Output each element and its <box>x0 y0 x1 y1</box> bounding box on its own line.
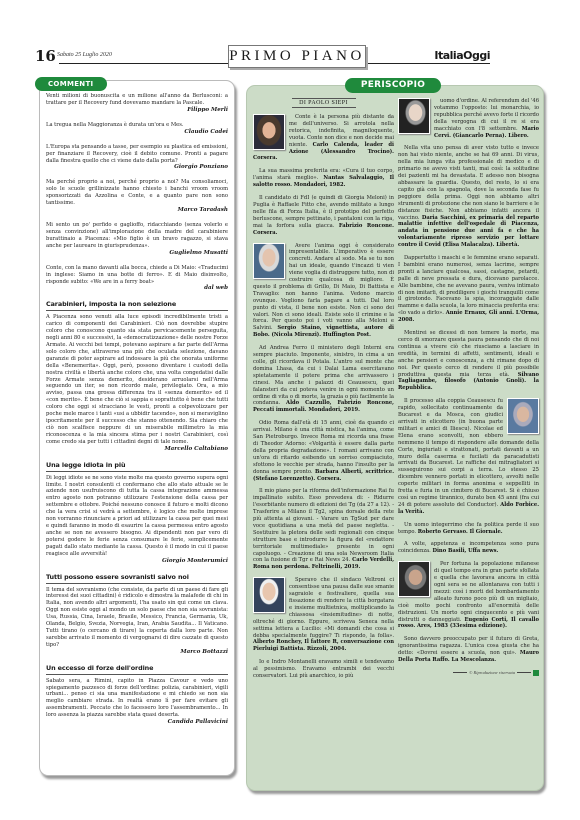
periscopio-box: DI PAOLO SIEPI Conte è la persona più di… <box>246 85 544 791</box>
section-title: PRIMO PIANO <box>228 45 366 68</box>
byline: DI PAOLO SIEPI <box>292 98 356 108</box>
portrait-photo <box>253 243 285 279</box>
quote: Speravo che il sindaco Veltroni ci conse… <box>253 577 394 653</box>
quote: Il processo alla coppia Ceausescu fu rap… <box>398 398 539 515</box>
comment-text: L'Europa sta pensando a tasse, per esemp… <box>46 144 228 165</box>
comment-author: Filippo Merli <box>46 107 228 114</box>
copyright-text: © Riproduzione riservata <box>469 670 515 675</box>
quote: Dappertutto i maschi e le femmine erano … <box>398 255 539 324</box>
letter-author: Marcello Caltabiano <box>46 446 228 453</box>
quote: Mentirei se dicessi di non temere la mor… <box>398 330 539 392</box>
quote-text: Ad Andrea Ferro il ministero degli Inter… <box>253 345 394 406</box>
quote: La sua massima preferita era: «Cura il t… <box>253 168 394 189</box>
periscopio-right-column: uomo d'ordine. Al referendum del '46 vot… <box>398 98 539 676</box>
comment-text: Mi sento un po' perfido e gaglioffo, rid… <box>46 222 228 250</box>
letter-author: Marco Bottazzi <box>46 649 228 656</box>
portrait-photo <box>253 577 285 613</box>
quote-text: Io e Indro Montanelli eravamo simili e t… <box>253 659 394 679</box>
quote-source: Alberto Ronchey, Il fattore R, conversaz… <box>253 639 394 652</box>
letter-text: Di leggi idiote se ne sono viste molte m… <box>46 475 228 558</box>
portrait-photo <box>253 114 285 150</box>
brand-logo: ItaliaOggi <box>431 49 490 62</box>
periscopio-left-column: DI PAOLO SIEPI Conte è la persona più di… <box>253 98 394 686</box>
quote: Sono davvero preoccupato per il futuro d… <box>398 636 539 664</box>
letter-title: Carabinieri, imposta la non selezione <box>46 300 228 311</box>
comment-text: La tregua nella Maggioranza è durata un'… <box>46 122 228 129</box>
quote: Odio Roma dall'età di 15 anni, cioè da q… <box>253 420 394 482</box>
quote: A volte, appetenza e incompetenza sono p… <box>398 541 539 555</box>
quote-text: Sono davvero preoccupato per il futuro d… <box>398 636 539 656</box>
quote: Avere l'anima oggi è considerato imprese… <box>253 243 394 340</box>
quote-source: Dino Basili, Uffa news. <box>432 548 498 554</box>
letter-author: Giorgio Monterumici <box>46 558 228 565</box>
letter-title: Un eccesso di forze dell'ordine <box>46 664 228 675</box>
portrait-photo <box>398 98 430 134</box>
quote-text: Odio Roma dall'età di 15 anni, cioè da q… <box>253 420 394 474</box>
page-header: 16 Sabato 25 Luglio 2020 PRIMO PIANO Ita… <box>35 48 490 68</box>
comment-author: Giorgio Ponziano <box>46 164 228 171</box>
end-square-icon <box>533 670 539 676</box>
commenti-label: COMMENTI <box>35 77 107 91</box>
letter-title: Tutti possono essere sovranisti salvo no… <box>46 573 228 584</box>
commenti-content: Venti milioni di buonuscita e un milione… <box>46 93 228 734</box>
comment-text: Conte, con la mano davanti alla bocca, c… <box>46 265 228 286</box>
comment-text: Ma perché proprio a noi, perché proprio … <box>46 179 228 207</box>
comment-author: Claudio Cadei <box>46 129 228 136</box>
quote-text: Mentirei se dicessi di non temere la mor… <box>398 330 539 377</box>
copyright-notice: © Riproduzione riservata <box>398 670 539 676</box>
comment-author: dal web <box>46 285 228 292</box>
quote: uomo d'ordine. Al referendum del '46 vot… <box>398 98 539 139</box>
page-number: 16 <box>35 48 59 64</box>
comment-text: Venti milioni di buonuscita e un milione… <box>46 93 228 107</box>
copyright-rule <box>453 672 467 673</box>
quote-text: Dappertutto i maschi e le femmine erano … <box>398 255 539 316</box>
portrait-photo <box>507 398 539 434</box>
commenti-box: Venti milioni di buonuscita e un milione… <box>39 80 235 776</box>
periscopio-label: PERISCOPIO <box>345 78 441 93</box>
comment-author: Guglielmo Musatti <box>46 250 228 257</box>
letter-title: Una legge idiota in più <box>46 461 228 472</box>
letter-text: Sabato sera, a Rimini, capito in Piazza … <box>46 678 228 719</box>
portrait-photo <box>398 561 430 597</box>
quote-text: Il mio piano per la riforma dell'informa… <box>253 488 394 563</box>
quote: Il candidato di FdI (e quindi di Giorgia… <box>253 195 394 236</box>
letter-text: A Piacenza sono venuti alla luce episodi… <box>46 314 228 445</box>
quote: Nella vita uno pensa di aver visto tutto… <box>398 145 539 249</box>
quote: Per fortuna la popolazione milanese di q… <box>398 561 539 630</box>
copyright-rule <box>517 672 531 673</box>
quote: Ad Andrea Ferro il ministero degli Inter… <box>253 345 394 414</box>
quote: Io e Indro Montanelli eravamo simili e t… <box>253 659 394 680</box>
comment-author: Marco Taradash <box>46 207 228 214</box>
quote: Conte è la persona più distante da me de… <box>253 114 394 162</box>
letter-text: Il tema del sovranismo (che consiste, da… <box>46 587 228 649</box>
page-date: Sabato 25 Luglio 2020 <box>57 52 112 58</box>
quote: Un uomo integerrimo che fa politica perd… <box>398 522 539 536</box>
quote-source: Roberto Gervaso. Il Giornale. <box>418 529 503 535</box>
letter-author: Candida Pallavicini <box>46 719 228 726</box>
quote-text: Nella vita uno pensa di aver visto tutto… <box>398 145 539 220</box>
quote: Il mio piano per la riforma dell'informa… <box>253 488 394 571</box>
